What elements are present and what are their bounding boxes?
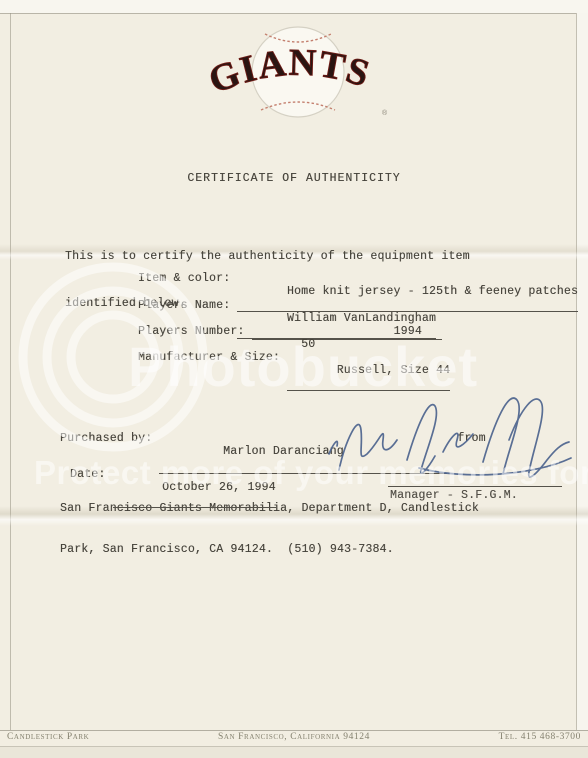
paper-left-edge-line	[10, 13, 11, 730]
signature-ink-strokes	[329, 398, 571, 477]
scan-top-edge	[0, 0, 588, 14]
seller-address-line-2: Park, San Francisco, CA 94124. (510) 943…	[60, 543, 486, 557]
field-players-number-underline: 50 1994	[252, 325, 442, 340]
giants-baseball-logo: GIANTS ®	[203, 22, 393, 122]
scanned-certificate-page: GIANTS ® CERTIFICATE OF AUTHENTICITY Thi…	[0, 0, 588, 758]
field-item-color-label: Item & color:	[138, 272, 230, 285]
purchased-by-label: Purchased by:	[60, 432, 152, 446]
date-row: Date: October 26, 1994	[70, 468, 276, 508]
field-manufacturer-size-label: Manufacturer & Size:	[138, 351, 280, 364]
date-label: Date:	[70, 468, 106, 481]
field-players-name-label: Players Name:	[138, 299, 230, 312]
field-players-number: Players Number: 50 1994	[138, 325, 442, 340]
field-players-name-value: William VanLandingham	[287, 312, 436, 325]
field-manufacturer-size: Manufacturer & Size: Russell, Size 44	[138, 351, 450, 391]
intro-line-1: This is to certify the authenticity of t…	[65, 249, 470, 265]
scan-bottom-edge	[0, 746, 588, 758]
field-manufacturer-size-underline: Russell, Size 44	[287, 351, 450, 391]
manager-signature	[323, 396, 575, 500]
letterhead-footer-rule	[0, 730, 588, 731]
field-players-number-label: Players Number:	[138, 325, 245, 338]
field-manufacturer-size-value: Russell, Size 44	[337, 364, 451, 377]
scan-right-edge	[576, 13, 588, 730]
date-value: October 26, 1994	[162, 481, 276, 494]
registered-mark-icon: ®	[382, 109, 388, 117]
date-underline: October 26, 1994	[113, 468, 276, 508]
field-players-number-value: 50	[301, 338, 315, 351]
field-item-color-value: Home knit jersey - 125th & feeney patche…	[287, 285, 578, 298]
field-players-number-year: 1994	[394, 325, 422, 338]
footer-telephone: Tel. 415 468-3700	[499, 732, 581, 742]
certificate-title: CERTIFICATE OF AUTHENTICITY	[0, 172, 588, 185]
